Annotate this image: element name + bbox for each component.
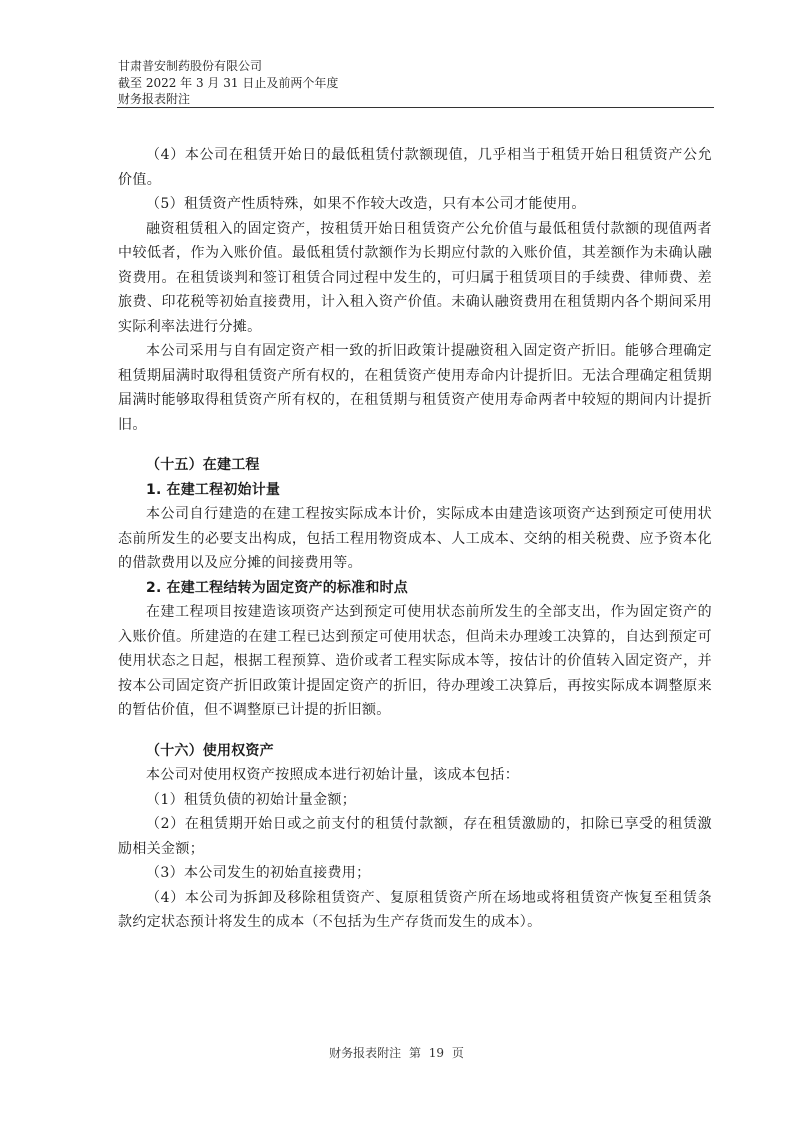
header-divider [117,107,714,108]
footer-label: 财务报表附注 [329,1046,401,1060]
section-15-sub2-heading: 2. 在建工程结转为固定资产的标准和时点 [118,576,712,601]
section-15-sub1-heading: 1. 在建工程初始计量 [118,478,712,503]
report-period: 截至 2022 年 3 月 31 日止及前两个年度 [118,75,712,92]
lease-depreciation-paragraph: 本公司采用与自有固定资产相一致的折旧政策计提融资租入固定资产折旧。能够合理确定租… [118,339,712,437]
footer-page-suffix: 页 [452,1046,464,1060]
page-number: 19 [429,1046,444,1060]
section-16-item-4: （4）本公司为拆卸及移除租赁资产、复原租赁资产所在场地或将租赁资产恢复至租赁条款… [118,886,712,935]
section-15-heading: （十五）在建工程 [118,453,712,478]
section-15-sub1-text: 本公司自行建造的在建工程按实际成本计价，实际成本由建造该项资产达到预定可使用状态… [118,502,712,576]
lease-condition-5: （5）租赁资产性质特殊，如果不作较大改造，只有本公司才能使用。 [118,192,712,217]
page-body: （4）本公司在租赁开始日的最低租赁付款额现值，几乎相当于租赁开始日租赁资产公允价… [118,143,712,935]
spacer [118,437,712,453]
section-16-item-3: （3）本公司发生的初始直接费用； [118,861,712,886]
section-16-item-1: （1）租赁负债的初始计量金额； [118,788,712,813]
company-name: 甘肃普安制药股份有限公司 [118,58,712,75]
section-16-item-2: （2）在租赁期开始日或之前支付的租赁付款额，存在租赁激励的，扣除已享受的租赁激励… [118,812,712,861]
section-16-heading: （十六）使用权资产 [118,739,712,764]
page-footer: 财务报表附注 第 19 页 [0,1044,793,1061]
footer-page-prefix: 第 [409,1046,421,1060]
page-header: 甘肃普安制药股份有限公司 截至 2022 年 3 月 31 日止及前两个年度 财… [118,58,712,108]
document-title: 财务报表附注 [118,91,712,108]
section-15-sub2-text: 在建工程项目按建造该项资产达到预定可使用状态前所发生的全部支出，作为固定资产的入… [118,600,712,723]
lease-condition-4: （4）本公司在租赁开始日的最低租赁付款额现值，几乎相当于租赁开始日租赁资产公允价… [118,143,712,192]
section-16-intro: 本公司对使用权资产按照成本进行初始计量，该成本包括： [118,763,712,788]
spacer [118,723,712,739]
finance-lease-paragraph: 融资租赁租入的固定资产，按租赁开始日租赁资产公允价值与最低租赁付款额的现值两者中… [118,217,712,340]
